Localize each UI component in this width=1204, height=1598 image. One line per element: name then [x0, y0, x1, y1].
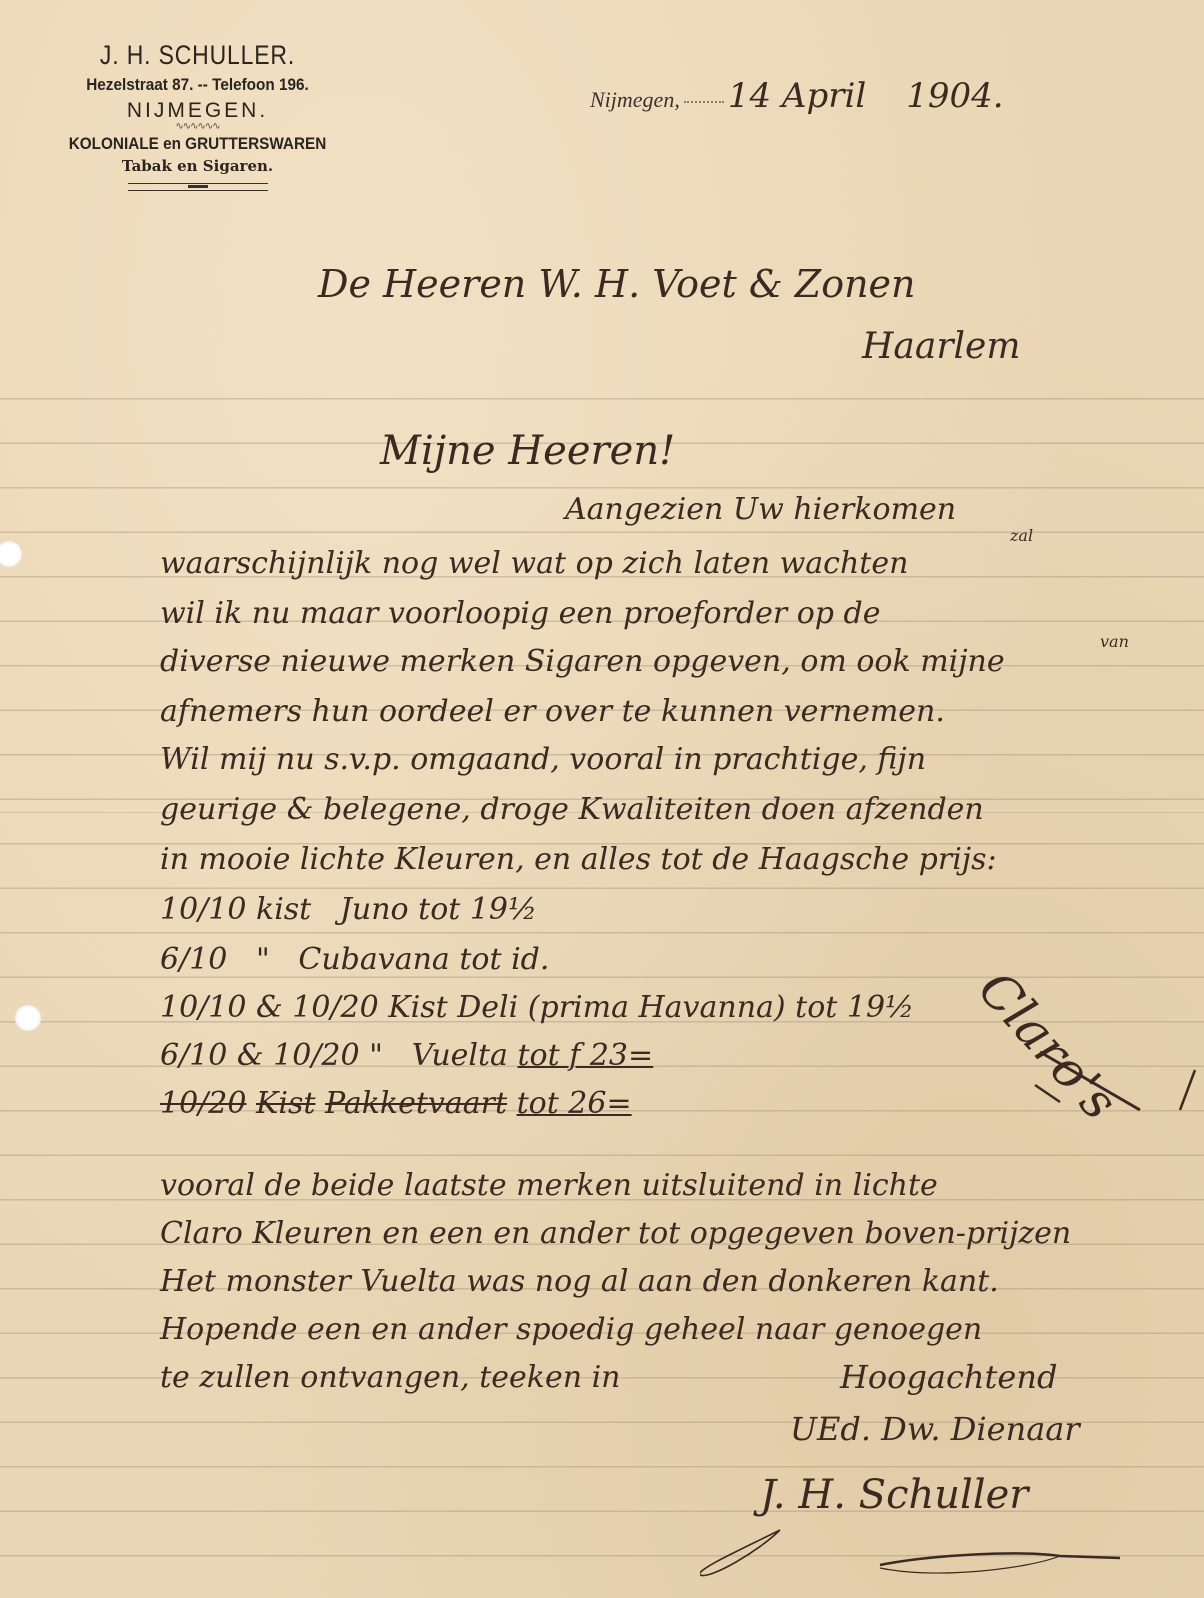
order-qty: 10/20 [160, 1086, 246, 1121]
body-line-6: Wil mij nu s.v.p. omgaand, vooral in pra… [160, 742, 926, 777]
order-item-2: 6/10 " Cubavana tot id. [160, 942, 549, 977]
dateline: Nijmegen,14 April1904. [590, 76, 1004, 116]
order-price: tot 26= [517, 1086, 632, 1121]
closing-line-4: Hopende een en ander spoedig geheel naar… [160, 1312, 982, 1347]
order-brand: Vuelta [412, 1038, 508, 1073]
body-line-2: waarschijnlijk nog wel wat op zich laten… [160, 546, 908, 581]
order-unit: Kist [256, 1086, 315, 1121]
body-line-7: geurige & belegene, droge Kwaliteiten do… [160, 792, 984, 827]
order-price: tot 19½ [795, 990, 914, 1025]
date-place: Nijmegen, [590, 87, 680, 112]
order-item-5-struck: 10/20 Kist Pakketvaart tot 26= [160, 1086, 632, 1121]
order-qty: 6/10 & 10/20 [160, 1038, 360, 1073]
salutation: Mijne Heeren! [380, 428, 675, 474]
insertion-zal: zal [1010, 526, 1033, 545]
body-line-4: diverse nieuwe merken Sigaren opgeven, o… [160, 644, 1005, 679]
closing-line-3: Het monster Vuelta was nog al aan den do… [160, 1264, 999, 1299]
order-brand: Deli (prima Havanna) [457, 990, 785, 1025]
order-qty: 10/10 & 10/20 [160, 990, 379, 1025]
punch-hole-bottom [15, 1005, 41, 1031]
body-line-3: wil ik nu maar voorloopig een proeforder… [160, 596, 880, 631]
order-unit: " [369, 1038, 383, 1073]
closing-line-5: te zullen ontvangen, teeken in [160, 1360, 621, 1395]
order-brand: Juno [340, 892, 409, 927]
body-line-8: in mooie lichte Kleuren, en alles tot de… [160, 842, 997, 877]
order-unit: kist [256, 892, 311, 927]
order-price: tot id. [459, 942, 549, 977]
order-item-1: 10/10 kist Juno tot 19½ [160, 892, 537, 927]
body-line-1: Aangezien Uw hierkomen [565, 492, 956, 527]
order-price: tot 19½ [418, 892, 537, 927]
order-brand: Pakketvaart [325, 1086, 507, 1121]
margin-bracket-icon [1030, 1040, 1200, 1120]
company-city: NIJMEGEN. [20, 99, 375, 123]
company-name: J. H. SCHULLER. [47, 40, 349, 71]
letterhead: J. H. SCHULLER. Hezelstraat 87. -- Telef… [20, 40, 375, 191]
date-day-month: 14 April [728, 76, 866, 116]
order-qty: 10/10 [160, 892, 246, 927]
insertion-van: van [1100, 632, 1129, 651]
signature: J. H. Schuller [760, 1472, 1028, 1518]
company-address: Hezelstraat 87. -- Telefoon 196. [38, 75, 358, 95]
addressee-name: De Heeren W. H. Voet & Zonen [318, 262, 916, 306]
order-unit: Kist [388, 990, 447, 1025]
order-item-4: 6/10 & 10/20 " Vuelta tot f 23= [160, 1038, 653, 1073]
order-qty: 6/10 [160, 942, 227, 977]
valediction-dienaar: UEd. Dw. Dienaar [790, 1410, 1080, 1448]
date-year: 1904. [906, 76, 1003, 116]
signature-flourish-icon [700, 1520, 1120, 1590]
closing-line-1: vooral de beide laatste merken uitsluite… [160, 1168, 938, 1203]
order-price: tot f 23= [517, 1038, 653, 1073]
company-specialty: Tabak en Sigaren. [20, 157, 375, 175]
order-brand: Cubavana [298, 942, 449, 977]
ornament-squiggle-icon: ∿∿∿∿∿∿ [20, 121, 375, 132]
order-item-3: 10/10 & 10/20 Kist Deli (prima Havanna) … [160, 990, 914, 1025]
closing-line-2: Claro Kleuren en een en ander tot opgege… [160, 1216, 1071, 1251]
company-trade: KOLONIALE en GRUTTERSWAREN [38, 134, 358, 154]
ornament-rule-icon [128, 183, 268, 191]
order-unit: " [256, 942, 270, 977]
valediction-hoogachtend: Hoogachtend [840, 1358, 1057, 1396]
addressee-city: Haarlem [862, 326, 1020, 367]
dotted-rule [684, 101, 724, 103]
body-line-5: afnemers hun oordeel er over te kunnen v… [160, 694, 945, 729]
